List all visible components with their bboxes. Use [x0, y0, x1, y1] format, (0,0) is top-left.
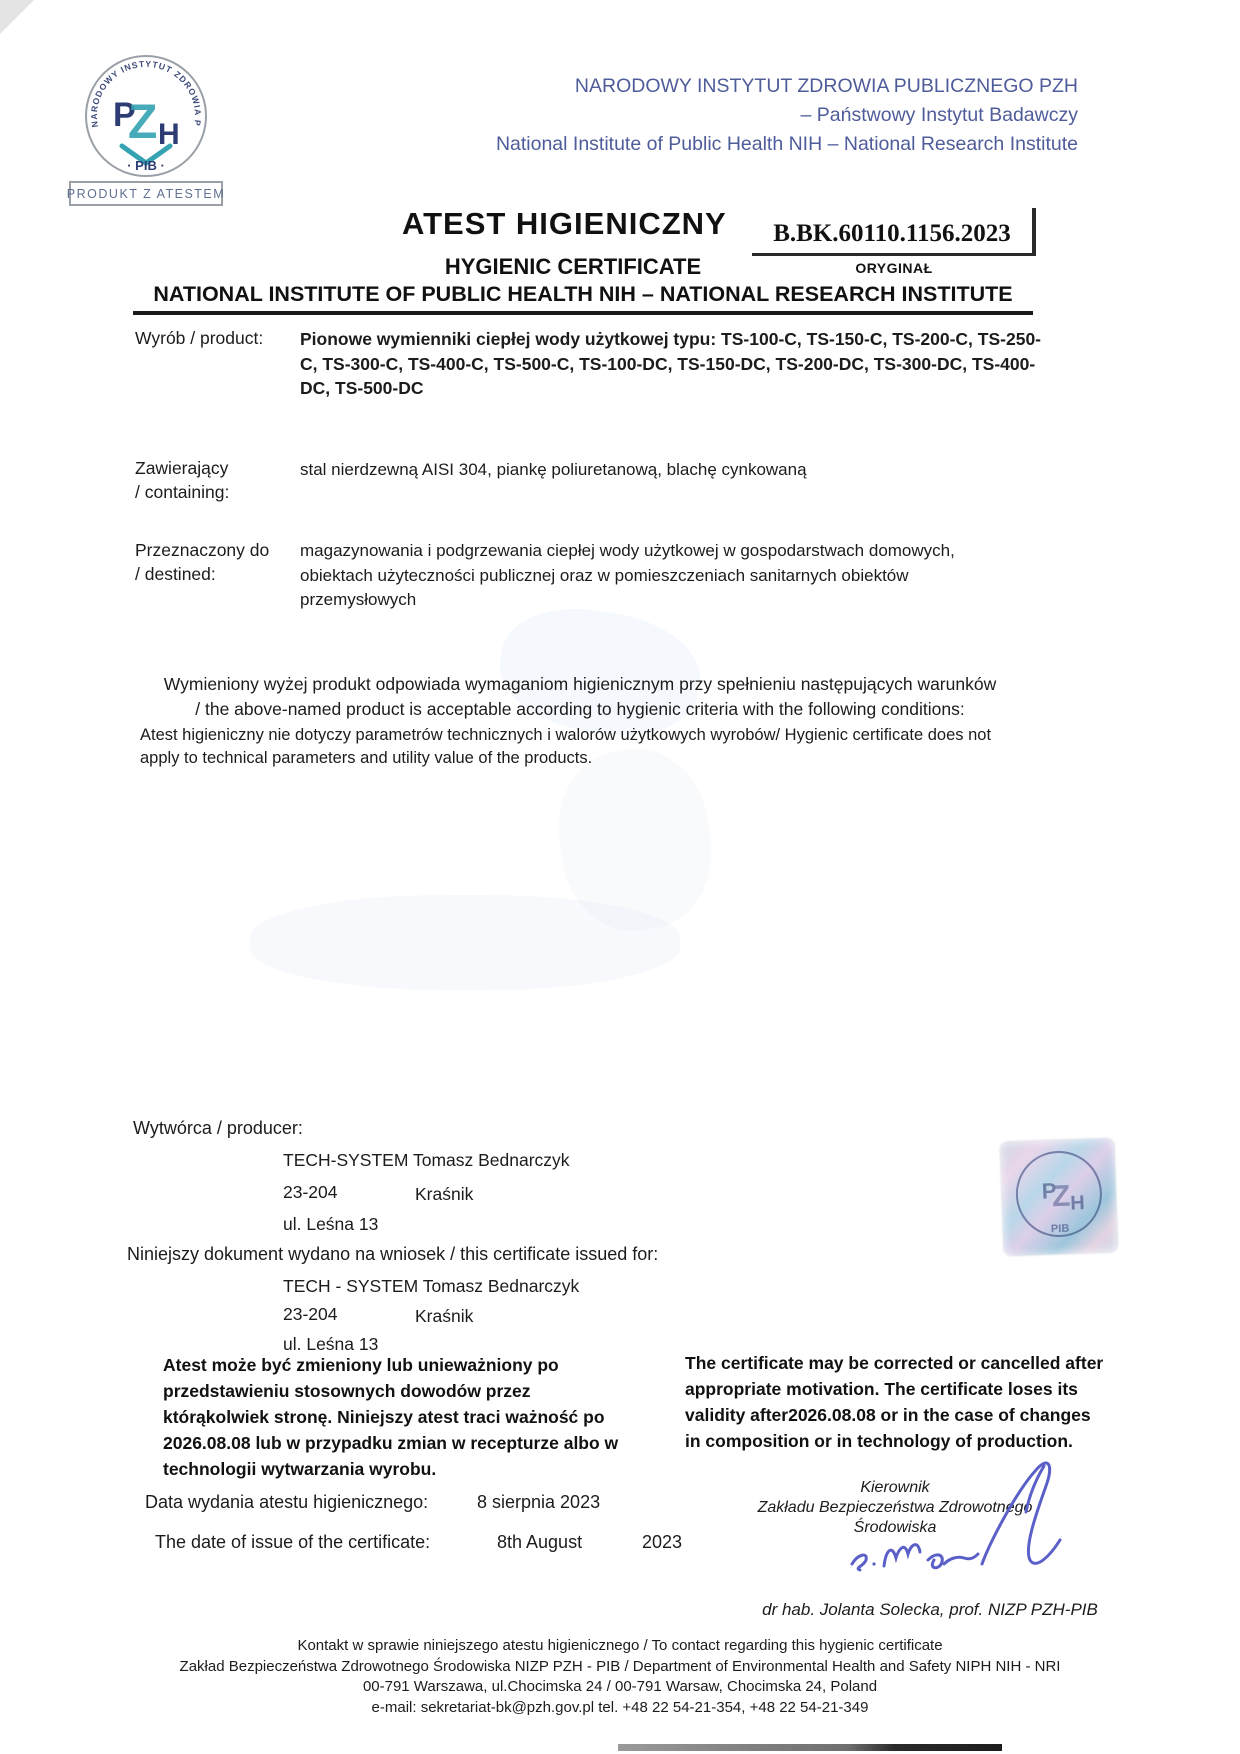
scan-bottom-artifact: [618, 1744, 1002, 1751]
containing-value: stal nierdzewną AISI 304, piankę poliure…: [300, 458, 1020, 483]
issue-date-value-pl: 8 sierpnia 2023: [477, 1492, 600, 1513]
applicant-label: Niniejszy dokument wydano na wniosek / t…: [127, 1244, 658, 1265]
product-label: Wyrób / product:: [135, 328, 263, 349]
containing-label: Zawierający / containing:: [135, 456, 229, 504]
hologram-sticker: P Z H PIB: [1000, 1138, 1118, 1256]
footer-line4: e-mail: sekretariat-bk@pzh.gov.pl tel. +…: [120, 1698, 1120, 1719]
conditions-note: Atest higieniczny nie dotyczy parametrów…: [140, 724, 1025, 770]
destined-value: magazynowania i podgrzewania ciepłej wod…: [300, 539, 1025, 613]
producer-postcode: 23-204: [283, 1182, 338, 1203]
footer-line2: Zakład Bezpieczeństwa Zdrowotnego Środow…: [120, 1657, 1120, 1678]
producer-label: Wytwórca / producer:: [133, 1118, 303, 1139]
destined-label: Przeznaczony do / destined:: [135, 538, 269, 586]
signatory-name: dr hab. Jolanta Solecka, prof. NIZP PZH-…: [720, 1600, 1140, 1620]
issue-date-value-en: 8th August: [497, 1532, 582, 1553]
institute-title-line: NATIONAL INSTITUTE OF PUBLIC HEALTH NIH …: [128, 282, 1038, 307]
producer-city: Kraśnik: [415, 1184, 473, 1205]
conditions-line-en: / the above-named product is acceptable …: [120, 697, 1040, 722]
institute-header-line3: National Institute of Public Health NIH …: [330, 130, 1078, 159]
producer-name: TECH-SYSTEM Tomasz Bednarczyk: [283, 1150, 570, 1171]
applicant-city: Kraśnik: [415, 1306, 473, 1327]
svg-text:Z: Z: [1051, 1180, 1070, 1214]
validity-text-en: The certificate may be corrected or canc…: [685, 1350, 1105, 1454]
institute-header-line2: – Państwowy Instytut Badawczy: [330, 101, 1078, 130]
hologram-pib-text: PIB: [1051, 1223, 1070, 1236]
conditions-line-pl: Wymieniony wyżej produkt odpowiada wymag…: [120, 672, 1040, 697]
certificate-number: B.BK.60110.1156.2023: [752, 208, 1036, 256]
footer-line1: Kontakt w sprawie niniejszego atestu hig…: [120, 1636, 1120, 1657]
issue-date-year-en: 2023: [642, 1532, 682, 1553]
producer-street: ul. Leśna 13: [283, 1214, 378, 1235]
institute-header: NARODOWY INSTYTUT ZDROWIA PUBLICZNEGO PZ…: [330, 72, 1078, 159]
header-rule: [133, 311, 1033, 315]
validity-text-pl: Atest może być zmieniony lub unieważnion…: [163, 1352, 631, 1482]
issue-date-label-pl: Data wydania atestu higienicznego:: [145, 1492, 428, 1513]
logo-pib-text: · PIB ·: [127, 158, 165, 173]
logo-banner-text: PRODUKT Z ATESTEM: [67, 187, 225, 201]
signature-ink-icon: [840, 1452, 1100, 1602]
copy-type-label: ORYGINAŁ: [752, 260, 1036, 276]
applicant-postcode: 23-204: [283, 1304, 338, 1325]
issue-date-label-en: The date of issue of the certificate:: [155, 1532, 430, 1553]
hologram-logo-icon: P Z H PIB: [1000, 1138, 1118, 1256]
handwritten-signature: [840, 1452, 1100, 1607]
applicant-name: TECH - SYSTEM Tomasz Bednarczyk: [283, 1276, 579, 1297]
svg-text:H: H: [1070, 1192, 1085, 1214]
footer-line3: 00-791 Warszawa, ul.Chocimska 24 / 00-79…: [120, 1677, 1120, 1698]
title-en: HYGIENIC CERTIFICATE: [402, 254, 744, 280]
institute-header-line1: NARODOWY INSTYTUT ZDROWIA PUBLICZNEGO PZ…: [330, 72, 1078, 101]
pzh-logo-icon: NARODOWY INSTYTUT ZDROWIA PUBLICZNEGO P …: [58, 50, 230, 208]
logo-letter-z: Z: [128, 96, 157, 149]
certificate-page: NARODOWY INSTYTUT ZDROWIA PUBLICZNEGO P …: [0, 0, 1240, 1754]
footer-contact: Kontakt w sprawie niniejszego atestu hig…: [120, 1636, 1120, 1718]
product-value: Pionowe wymienniki ciepłej wody użytkowe…: [300, 327, 1045, 401]
title-pl: ATEST HIGIENICZNY: [402, 206, 727, 242]
scan-corner-artifact: [0, 0, 34, 34]
pzh-logo: NARODOWY INSTYTUT ZDROWIA PUBLICZNEGO P …: [58, 50, 230, 213]
conditions-statement: Wymieniony wyżej produkt odpowiada wymag…: [120, 672, 1040, 722]
